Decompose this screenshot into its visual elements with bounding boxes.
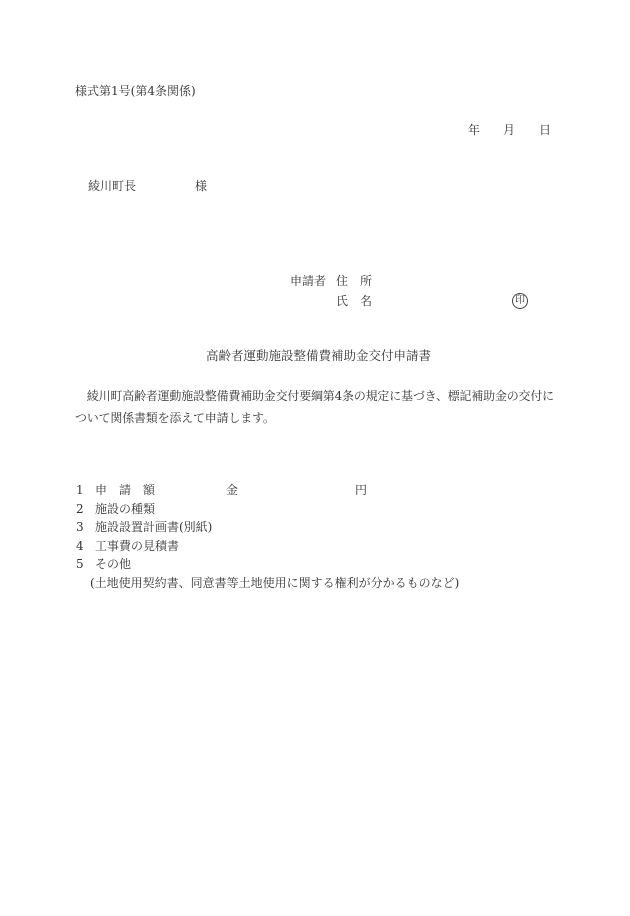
list-item-label: 施設の種類: [95, 502, 155, 516]
list-item-5: 5その他: [76, 558, 131, 570]
applicant-label: 申請者: [290, 275, 326, 287]
list-item-4: 4工事費の見積書: [76, 540, 179, 552]
date-month-label: 月: [503, 124, 515, 136]
list-item-label: 工事費の見積書: [95, 539, 179, 553]
body-line-2: ついて関係書類を添えて申請します。: [75, 407, 555, 429]
list-item-number: 3: [76, 521, 95, 533]
list-item-label: 施設設置計画書(別紙): [95, 520, 212, 534]
addressee-name: 綾川町長: [88, 180, 136, 192]
body-line-1: 綾川町高齢者運動施設整備費補助金交付要綱第4条の規定に基づき、標記補助金の交付に: [75, 385, 555, 407]
document-title: 高齢者運動施設整備費補助金交付申請書: [206, 350, 431, 363]
date-year-label: 年: [468, 124, 480, 136]
addressee-honorific: 様: [195, 180, 207, 192]
seal-mark: 印: [512, 293, 528, 309]
form-number: 様式第1号(第4条関係): [75, 85, 196, 97]
body-paragraph: 綾川町高齢者運動施設整備費補助金交付要綱第4条の規定に基づき、標記補助金の交付に…: [75, 385, 555, 429]
list-item-number: 4: [76, 540, 95, 552]
list-item-3: 3施設設置計画書(別紙): [76, 521, 212, 533]
list-item-label: その他: [95, 557, 131, 571]
list-item-number: 5: [76, 558, 95, 570]
list-item-number: 2: [76, 503, 95, 515]
date-day-label: 日: [539, 124, 551, 136]
applicant-name-label: 氏 名: [336, 295, 372, 307]
list-item-1: 1申 請 額: [76, 484, 155, 496]
list-item-label: 申 請 額: [95, 483, 155, 497]
seal-icon: 印: [512, 293, 528, 309]
applicant-address-label: 住 所: [336, 275, 372, 287]
list-item-2: 2施設の種類: [76, 503, 155, 515]
list-item-number: 1: [76, 484, 95, 496]
amount-prefix: 金: [226, 484, 238, 496]
amount-suffix: 円: [355, 484, 367, 496]
item-5-note: (土地使用契約書、同意書等土地使用に関する権利が分かるものなど): [90, 577, 459, 589]
